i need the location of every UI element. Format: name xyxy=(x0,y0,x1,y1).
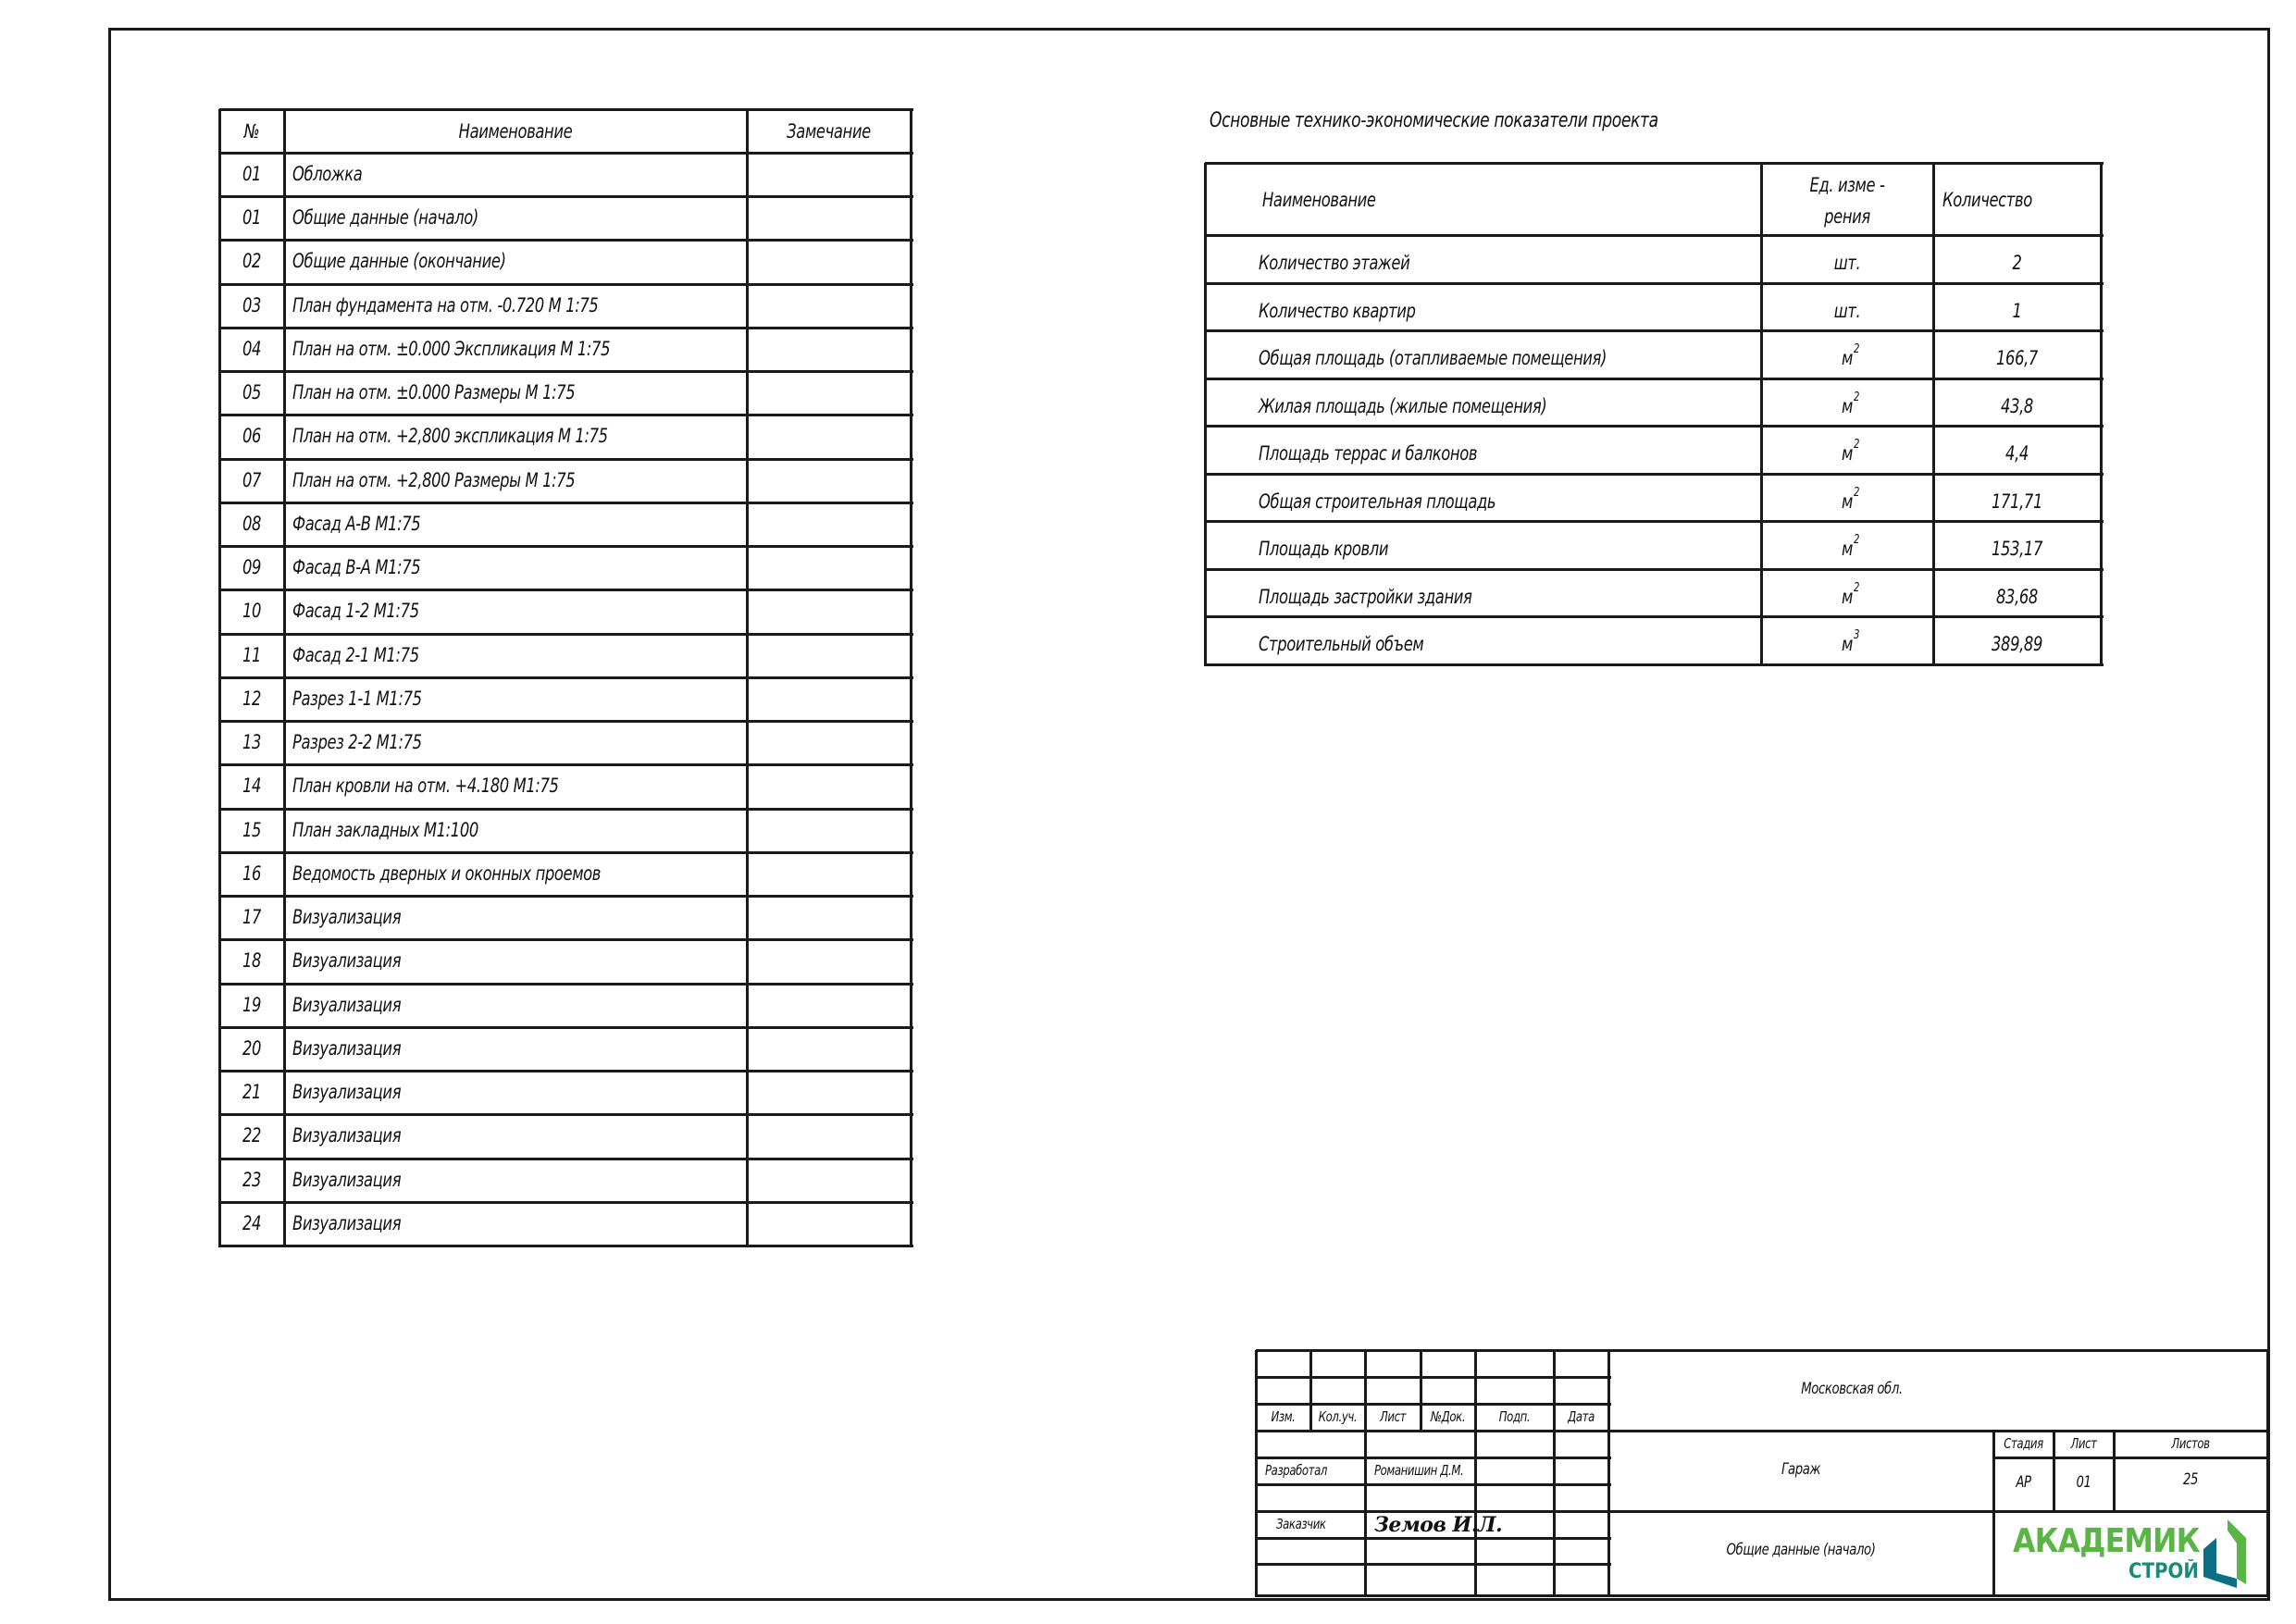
grid-line xyxy=(219,283,913,286)
sheet-name: Обложка xyxy=(292,165,362,184)
developed-by-label: Разработал xyxy=(1265,1464,1327,1478)
grid-line xyxy=(1205,378,2104,380)
sheet-name: Визуализация xyxy=(292,996,401,1015)
column-header-unit: рения xyxy=(1780,207,1914,227)
sheet-number: 02 xyxy=(227,252,278,271)
logo-word-stroy: СТРОЙ xyxy=(2128,1562,2199,1582)
grid-line xyxy=(2113,1431,2116,1513)
sheets-value: 25 xyxy=(2130,1472,2250,1488)
indicator-name: Строительный объем xyxy=(1259,635,1423,654)
title-block-col-header: Кол.уч. xyxy=(1316,1410,1359,1424)
grid-line xyxy=(219,633,913,636)
grid-line xyxy=(218,109,221,1247)
grid-line xyxy=(219,808,913,811)
sheet-number: 17 xyxy=(227,908,278,927)
unit-superscript: 3 xyxy=(1789,629,1923,641)
sheet-number: 05 xyxy=(227,383,278,403)
house-logo-icon xyxy=(2200,1518,2255,1592)
location-text: Московская обл. xyxy=(1662,1382,2042,1397)
grid-line xyxy=(219,938,913,941)
sheet-name: Визуализация xyxy=(292,1083,401,1102)
sheet-number: 12 xyxy=(227,689,278,709)
indicator-unit: шт. xyxy=(1780,254,1914,273)
customer-label: Заказчик xyxy=(1276,1518,1326,1531)
column-header-name: Наименование xyxy=(335,122,696,142)
grid-line xyxy=(219,327,913,329)
indicator-name: Жилая площадь (жилые помещения) xyxy=(1259,397,1546,416)
grid-line xyxy=(1205,568,2104,571)
indicator-unit: шт. xyxy=(1780,302,1914,321)
sheet-number: 03 xyxy=(227,296,278,316)
indicators-title: Основные технико-экономические показател… xyxy=(1210,111,1658,131)
grid-line xyxy=(1553,1350,1556,1597)
sheet-label: Лист xyxy=(2060,1437,2107,1451)
sheet-number: 07 xyxy=(227,471,278,490)
grid-line xyxy=(1474,1350,1477,1597)
indicator-name: Площадь застройки здания xyxy=(1259,588,1471,607)
logo-word-akademik: АКАДЕМИК xyxy=(2013,1525,2200,1558)
sheet-name: План на отм. +2,800 Размеры М 1:75 xyxy=(292,471,575,490)
sheet-name: Визуализация xyxy=(292,1039,401,1059)
grid-line xyxy=(219,502,913,504)
grid-line xyxy=(219,720,913,723)
grid-line xyxy=(219,1201,913,1204)
company-logo: АКАДЕМИКСТРОЙ xyxy=(2004,1518,2263,1592)
sheet-number: 08 xyxy=(227,514,278,534)
sheet-number: 21 xyxy=(227,1083,278,1102)
indicator-qty: 4,4 xyxy=(1952,444,2082,464)
column-header-unit: Ед. изме - xyxy=(1780,176,1914,195)
sheet-name: Визуализация xyxy=(292,1126,401,1146)
indicator-name: Общая площадь (отапливаемые помещения) xyxy=(1259,349,1607,368)
grid-line xyxy=(219,983,913,986)
stage-value: АР xyxy=(2000,1475,2047,1491)
grid-line xyxy=(219,1158,913,1160)
sheet-number: 11 xyxy=(227,646,278,665)
column-header-num: № xyxy=(227,122,278,142)
object-name: Гараж xyxy=(1651,1462,1951,1478)
sheet-number: 18 xyxy=(227,951,278,971)
grid-line xyxy=(219,239,913,242)
sheet-number: 14 xyxy=(227,776,278,796)
sheet-number: 01 xyxy=(227,208,278,228)
indicator-name: Количество квартир xyxy=(1259,302,1416,321)
indicator-qty: 2 xyxy=(1952,254,2082,273)
developed-by-name: Романишин Д.М. xyxy=(1374,1464,1463,1478)
grid-line xyxy=(1364,1350,1367,1597)
grid-line xyxy=(1205,520,2104,523)
sheet-name: План на отм. ±0.000 Экспликация М 1:75 xyxy=(292,340,610,359)
stage-label: Стадия xyxy=(2000,1437,2047,1451)
indicator-qty: 1 xyxy=(1952,302,2082,321)
grid-line xyxy=(1205,162,2104,165)
indicator-qty: 171,71 xyxy=(1952,492,2082,512)
sheet-value: 01 xyxy=(2060,1475,2107,1491)
indicator-name: Площадь террас и балконов xyxy=(1259,444,1477,464)
title-block-col-header: Лист xyxy=(1371,1410,1415,1424)
sheet-number: 22 xyxy=(227,1126,278,1146)
sheet-name: Общие данные (начало) xyxy=(292,208,478,228)
grid-line xyxy=(1993,1457,2270,1459)
sheet-number: 20 xyxy=(227,1039,278,1059)
title-block-col-header: Изм. xyxy=(1261,1410,1304,1424)
sheet-number: 24 xyxy=(227,1214,278,1233)
sheet-number: 10 xyxy=(227,601,278,621)
grid-line xyxy=(1256,1594,1611,1597)
grid-line xyxy=(1256,1563,1611,1566)
sheet-number: 15 xyxy=(227,821,278,840)
grid-line xyxy=(219,895,913,898)
indicator-name: Общая строительная площадь xyxy=(1259,492,1496,512)
grid-line xyxy=(219,851,913,854)
sheet-number: 13 xyxy=(227,733,278,752)
unit-superscript: 2 xyxy=(1789,391,1923,403)
indicator-name: Площадь кровли xyxy=(1259,539,1388,559)
sheet-name: План закладных М1:100 xyxy=(292,821,478,840)
grid-line xyxy=(1205,282,2104,285)
grid-line xyxy=(1608,1349,2270,1352)
column-header-name: Наименование xyxy=(1262,191,1376,210)
unit-superscript: 2 xyxy=(1789,534,1923,546)
title-block-col-header: Дата xyxy=(1559,1410,1602,1424)
grid-line xyxy=(219,589,913,591)
grid-line xyxy=(1420,1350,1422,1432)
sheet-name: План на отм. ±0.000 Размеры М 1:75 xyxy=(292,383,575,403)
unit-superscript: 2 xyxy=(1789,487,1923,499)
grid-line xyxy=(1760,163,1763,666)
sheet-name: Визуализация xyxy=(292,1214,401,1233)
grid-line xyxy=(219,1245,913,1247)
grid-line xyxy=(1256,1537,1611,1540)
sheet-name: Разрез 2-2 М1:75 xyxy=(292,733,422,752)
grid-line xyxy=(219,195,913,198)
indicator-qty: 153,17 xyxy=(1952,539,2082,559)
grid-line xyxy=(1992,1431,1995,1597)
indicator-qty: 43,8 xyxy=(1952,397,2082,416)
sheet-number: 04 xyxy=(227,340,278,359)
grid-line xyxy=(1205,234,2104,237)
sheet-name: План на отм. +2,800 экспликация М 1:75 xyxy=(292,427,608,446)
indicator-name: Количество этажей xyxy=(1259,254,1409,273)
sheet-name: План фундамента на отм. -0.720 М 1:75 xyxy=(292,296,598,316)
grid-line xyxy=(1608,1430,2270,1432)
unit-superscript: 2 xyxy=(1789,582,1923,594)
grid-line xyxy=(219,1113,913,1116)
grid-line xyxy=(1608,1510,2270,1513)
column-header-note: Замечание xyxy=(764,122,892,142)
sheet-name: Фасад 2-1 М1:75 xyxy=(292,646,419,665)
grid-line xyxy=(2266,1350,2269,1597)
grid-line xyxy=(2053,1431,2055,1513)
grid-line xyxy=(910,109,912,1247)
grid-line xyxy=(1205,329,2104,332)
grid-line xyxy=(1205,663,2104,666)
grid-line xyxy=(746,109,749,1247)
grid-line xyxy=(1608,1594,2270,1597)
sheet-number: 09 xyxy=(227,558,278,577)
sheet-name: Общие данные (окончание) xyxy=(292,252,506,271)
sheet-number: 01 xyxy=(227,165,278,184)
grid-line xyxy=(1255,1350,1258,1597)
sheet-name: Фасад 1-2 М1:75 xyxy=(292,601,419,621)
sheet-name: План кровли на отм. +4.180 М1:75 xyxy=(292,776,559,796)
grid-line xyxy=(219,108,913,111)
title-block-col-header: Подп. xyxy=(1483,1410,1545,1424)
sheet-number: 19 xyxy=(227,996,278,1015)
indicator-qty: 166,7 xyxy=(1952,349,2082,368)
grid-line xyxy=(283,109,286,1247)
grid-line xyxy=(1309,1350,1312,1432)
grid-line xyxy=(2100,163,2103,666)
grid-line xyxy=(1932,163,1935,666)
grid-line xyxy=(219,414,913,416)
sheet-name: Визуализация xyxy=(292,908,401,927)
sheet-name: Ведомость дверных и оконных проемов xyxy=(292,864,601,884)
customer-name: Земов И.Л. xyxy=(1374,1515,1502,1535)
sheets-label: Листов xyxy=(2130,1437,2250,1451)
grid-line xyxy=(219,676,913,679)
grid-line xyxy=(219,1070,913,1072)
sheet-name: Фасад А-В М1:75 xyxy=(292,514,420,534)
grid-line xyxy=(1205,615,2104,618)
indicator-qty: 389,89 xyxy=(1952,635,2082,654)
column-header-qty: Количество xyxy=(1942,191,2032,210)
title-block-col-header: №Док. xyxy=(1426,1410,1469,1424)
unit-superscript: 2 xyxy=(1789,343,1923,355)
grid-line xyxy=(1256,1483,1611,1486)
grid-line xyxy=(1204,163,1207,666)
sheet-number: 06 xyxy=(227,427,278,446)
unit-superscript: 2 xyxy=(1789,439,1923,451)
grid-line xyxy=(1256,1457,1611,1459)
grid-line xyxy=(219,763,913,766)
sheet-number: 16 xyxy=(227,864,278,884)
sheet-name: Разрез 1-1 М1:75 xyxy=(292,689,422,709)
sheet-name: Визуализация xyxy=(292,951,401,971)
sheet-number: 23 xyxy=(227,1171,278,1190)
grid-line xyxy=(1607,1350,1610,1597)
indicator-qty: 83,68 xyxy=(1952,588,2082,607)
grid-line xyxy=(219,545,913,548)
grid-line xyxy=(219,458,913,461)
grid-line xyxy=(1205,425,2104,428)
sheet-title: Общие данные (начало) xyxy=(1651,1543,1951,1558)
grid-line xyxy=(219,370,913,373)
sheet-name: Фасад В-А М1:75 xyxy=(292,558,420,577)
grid-line xyxy=(219,152,913,155)
grid-line xyxy=(1205,473,2104,476)
sheet-name: Визуализация xyxy=(292,1171,401,1190)
grid-line xyxy=(219,1026,913,1029)
